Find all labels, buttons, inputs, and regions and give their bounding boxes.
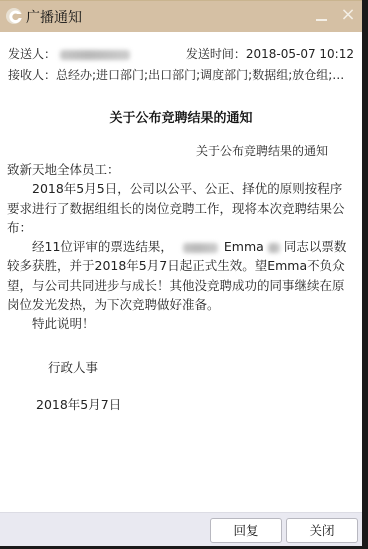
document-title: 关于公布竞聘结果的通知 (0, 107, 362, 126)
send-time-label: 发送时间： (186, 47, 246, 61)
paragraph-2-start: 经11位评审的票选结果， (32, 239, 173, 254)
sender-label: 发送人： (8, 47, 56, 61)
salutation: 致新天地全体员工： (7, 160, 350, 179)
redacted-name (183, 243, 218, 253)
receiver-value: 总经办;进口部门;出口部门;调度部门;数据组;放仓组;业... (56, 68, 354, 82)
document-date: 2018年5月7日 (36, 395, 121, 413)
broadcast-notice-window: 广播通知 × 发送人： 发送时间：2018-05-07 10:12 接收人：总经… (0, 0, 362, 546)
minimize-button[interactable] (312, 5, 332, 25)
close-button[interactable]: 关闭 (286, 518, 358, 543)
receiver-row: 接收人：总经办;进口部门;出口部门;调度部门;数据组;放仓组;业... (8, 66, 354, 83)
minimize-icon (316, 19, 327, 21)
app-logo-icon (6, 8, 22, 24)
winner-name: Emma (224, 239, 264, 254)
receiver-label: 接收人： (8, 68, 56, 82)
document-body: 致新天地全体员工： 2018年5月5日，公司以公平、公正、择优的原则按程序要求进… (7, 160, 350, 334)
reply-button[interactable]: 回复 (210, 518, 282, 543)
sender-value-redacted (60, 50, 130, 60)
redacted-name-suffix (268, 243, 280, 253)
send-time-value: 2018-05-07 10:12 (246, 47, 354, 61)
window-edge (362, 0, 368, 549)
paragraph-2: 经11位评审的票选结果，Emma同志以票数较多获胜，并于2018年5月7日起正式… (7, 237, 350, 314)
close-window-button[interactable]: × (338, 5, 358, 25)
footer-bar: 回复 关闭 (0, 512, 362, 546)
window-title: 广播通知 (26, 7, 82, 27)
signature: 行政人事 (48, 358, 98, 376)
document-subtitle: 关于公布竞聘结果的通知 (196, 142, 328, 159)
send-time-row: 发送时间：2018-05-07 10:12 (186, 45, 354, 62)
closing-line: 特此说明！ (7, 314, 350, 333)
sender-row: 发送人： (8, 45, 130, 62)
title-bar[interactable]: 广播通知 × (0, 0, 362, 32)
close-icon: × (340, 4, 355, 25)
paragraph-1: 2018年5月5日，公司以公平、公正、择优的原则按程序要求进行了数据组组长的岗位… (7, 179, 350, 237)
